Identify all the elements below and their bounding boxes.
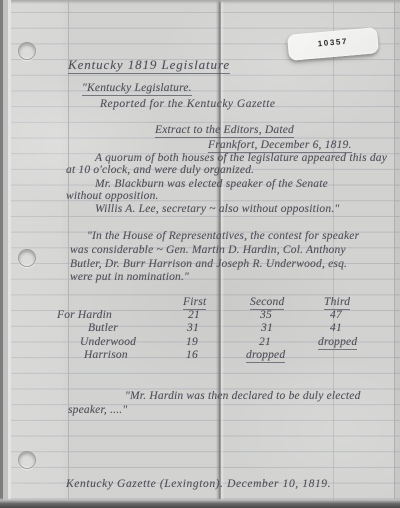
extract-line: Extract to the Editors, Dated	[155, 124, 294, 136]
quorum-line-2: at 10 o'clock, and were duly organized.	[66, 164, 254, 176]
punch-hole-top	[18, 42, 36, 60]
vote-second: 21	[259, 336, 271, 348]
vote-first: 21	[188, 309, 200, 321]
house-line-2: was considerable ~ Gen. Martin D. Hardin…	[70, 244, 346, 256]
reported-line: Reported for the Kentucky Gazette	[100, 98, 276, 110]
margin-line	[68, 0, 69, 508]
vote-first: 19	[186, 336, 198, 348]
house-line-3: Butler, Dr. Burr Harrison and Joseph R. …	[70, 258, 347, 270]
candidate-name: Harrison	[84, 349, 128, 361]
table-header-first: First	[183, 296, 206, 308]
page-bottom-edge	[0, 498, 400, 508]
punch-hole-middle	[18, 249, 36, 267]
page-title: Kentucky 1819 Legislature	[68, 57, 230, 73]
table-header-second: Second	[250, 296, 284, 308]
senate-line-1: Mr. Blackburn was elected speaker of the…	[95, 178, 328, 190]
candidate-name: Underwood	[80, 336, 136, 348]
vote-first: 31	[187, 322, 199, 334]
house-line-1: "In the House of Representatives, the co…	[87, 230, 359, 242]
result-line-1: "Mr. Hardin was then declared to be duly…	[125, 390, 361, 402]
senate-line-2: without opposition.	[66, 190, 159, 202]
vote-third: 47	[330, 309, 342, 321]
vote-second: 31	[261, 322, 273, 334]
dateline: Frankfort, December 6, 1819.	[208, 139, 352, 151]
page-right-shade	[395, 0, 400, 508]
page-left-edge-light	[8, 0, 11, 508]
vote-second: dropped	[246, 349, 285, 361]
quorum-line-1: A quorum of both houses of the legislatu…	[95, 152, 387, 164]
vote-second: 35	[260, 309, 272, 321]
article-subtitle: "Kentucky Legislature.	[82, 82, 192, 94]
table-header-third: Third	[324, 296, 350, 308]
result-line-2: speaker, ...."	[68, 404, 127, 416]
catalog-sticker: 10357	[287, 27, 379, 61]
source-citation: Kentucky Gazette (Lexington). December 1…	[66, 478, 331, 490]
ruled-lines	[0, 12, 400, 500]
page-right-edge	[394, 0, 395, 508]
punch-hole-bottom	[18, 451, 36, 469]
house-line-4: were put in nomination."	[70, 271, 189, 283]
notebook-page: 10357 Kentucky 1819 Legislature "Kentuck…	[0, 0, 400, 508]
secretary-line: Willis A. Lee, secretary ~ also without …	[95, 203, 339, 215]
vote-third: 41	[330, 322, 342, 334]
vote-third: dropped	[318, 336, 357, 348]
page-top-edge	[0, 0, 400, 4]
catalog-number: 10357	[317, 36, 348, 48]
candidate-name: For Hardin	[57, 309, 112, 321]
candidate-name: Butler	[88, 322, 118, 334]
vote-first: 16	[186, 349, 198, 361]
